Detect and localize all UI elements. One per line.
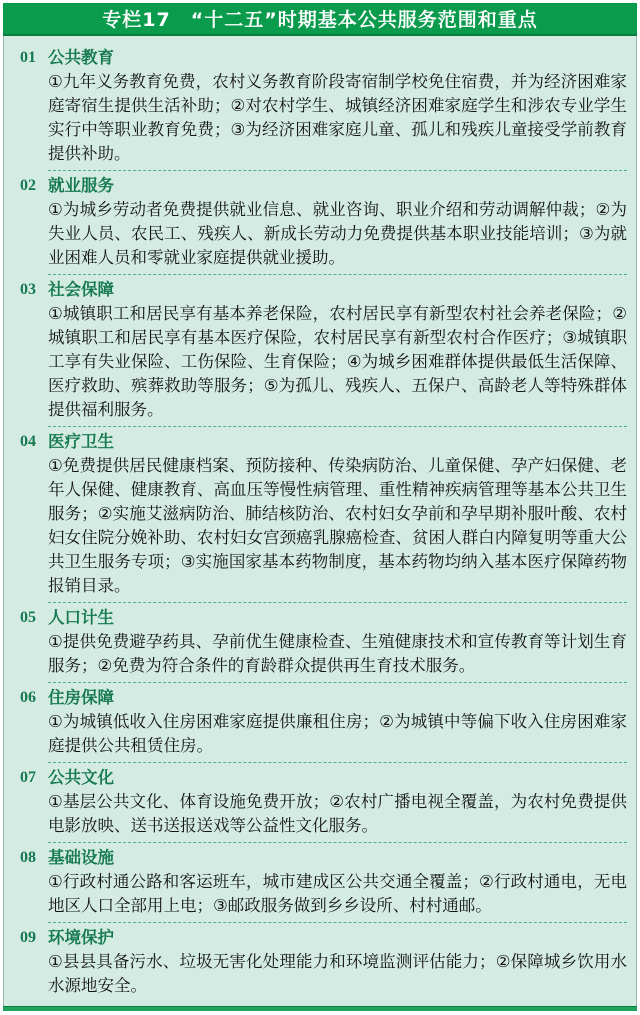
section-body-text: ①为城乡劳动者免费提供就业信息、就业咨询、职业介绍和劳动调解仲裁；②为失业人员、…: [48, 198, 627, 270]
section-title: 公共教育: [48, 46, 627, 70]
panel-title: 专栏17 “十二五”时期基本公共服务范围和重点: [102, 5, 537, 32]
section-number: 03: [20, 278, 36, 302]
section-divider: [48, 842, 627, 843]
section-divider: [48, 426, 627, 427]
service-section: 02 就业服务 ①为城乡劳动者免费提供就业信息、就业咨询、职业介绍和劳动调解仲裁…: [18, 174, 627, 275]
section-body-text: ①城镇职工和居民享有基本养老保险，农村居民享有新型农村社会养老保险；②城镇职工和…: [48, 302, 627, 422]
service-section: 01 公共教育 ①九年义务教育免费，农村义务教育阶段寄宿制学校免住宿费，并为经济…: [18, 46, 627, 171]
section-number: 04: [20, 430, 36, 454]
section-number: 09: [20, 926, 36, 950]
section-title: 社会保障: [48, 278, 627, 302]
bottom-bar: [3, 1006, 637, 1011]
section-divider: [48, 682, 627, 683]
section-divider: [48, 922, 627, 923]
section-divider: [48, 602, 627, 603]
service-section: 07 公共文化 ①基层公共文化、体育设施免费开放；②农村广播电视全覆盖，为农村免…: [18, 766, 627, 843]
service-section: 03 社会保障 ①城镇职工和居民享有基本养老保险，农村居民享有新型农村社会养老保…: [18, 278, 627, 427]
section-title: 住房保障: [48, 686, 627, 710]
service-section: 05 人口计生 ①提供免费避孕药具、孕前优生健康检查、生殖健康技术和宣传教育等计…: [18, 606, 627, 683]
page: 专栏17 “十二五”时期基本公共服务范围和重点 01 公共教育 ①九年义务教育免…: [0, 0, 640, 1014]
section-title: 人口计生: [48, 606, 627, 630]
section-title: 公共文化: [48, 766, 627, 790]
section-title: 基础设施: [48, 846, 627, 870]
section-body-text: ①提供免费避孕药具、孕前优生健康检查、生殖健康技术和宣传教育等计划生育服务；②免…: [48, 630, 627, 678]
panel-box: 专栏17 “十二五”时期基本公共服务范围和重点 01 公共教育 ①九年义务教育免…: [3, 3, 637, 1011]
service-section: 06 住房保障 ①为城镇低收入住房困难家庭提供廉租住房；②为城镇中等偏下收入住房…: [18, 686, 627, 763]
section-number: 05: [20, 606, 36, 630]
section-title: 就业服务: [48, 174, 627, 198]
section-title: 环境保护: [48, 926, 627, 950]
section-body-text: ①免费提供居民健康档案、预防接种、传染病防治、儿童保健、孕产妇保健、老年人保健、…: [48, 454, 627, 598]
section-number: 06: [20, 686, 36, 710]
section-title: 医疗卫生: [48, 430, 627, 454]
panel-header: 专栏17 “十二五”时期基本公共服务范围和重点: [3, 3, 637, 36]
service-section: 09 环境保护 ①县县具备污水、垃圾无害化处理能力和环境监测评估能力；②保障城乡…: [18, 926, 627, 998]
section-number: 08: [20, 846, 36, 870]
section-divider: [48, 274, 627, 275]
section-number: 07: [20, 766, 36, 790]
section-divider: [48, 170, 627, 171]
section-body-text: ①九年义务教育免费，农村义务教育阶段寄宿制学校免住宿费，并为经济困难家庭寄宿生提…: [48, 70, 627, 166]
section-number: 01: [20, 46, 36, 70]
panel-body: 01 公共教育 ①九年义务教育免费，农村义务教育阶段寄宿制学校免住宿费，并为经济…: [3, 36, 637, 1006]
service-section: 04 医疗卫生 ①免费提供居民健康档案、预防接种、传染病防治、儿童保健、孕产妇保…: [18, 430, 627, 603]
section-body-text: ①为城镇低收入住房困难家庭提供廉租住房；②为城镇中等偏下收入住房困难家庭提供公共…: [48, 710, 627, 758]
service-section: 08 基础设施 ①行政村通公路和客运班车，城市建成区公共交通全覆盖；②行政村通电…: [18, 846, 627, 923]
section-body-text: ①基层公共文化、体育设施免费开放；②农村广播电视全覆盖，为农村免费提供电影放映、…: [48, 790, 627, 838]
section-number: 02: [20, 174, 36, 198]
section-body-text: ①行政村通公路和客运班车，城市建成区公共交通全覆盖；②行政村通电，无电地区人口全…: [48, 870, 627, 918]
section-body-text: ①县县具备污水、垃圾无害化处理能力和环境监测评估能力；②保障城乡饮用水水源地安全…: [48, 950, 627, 998]
section-divider: [48, 762, 627, 763]
